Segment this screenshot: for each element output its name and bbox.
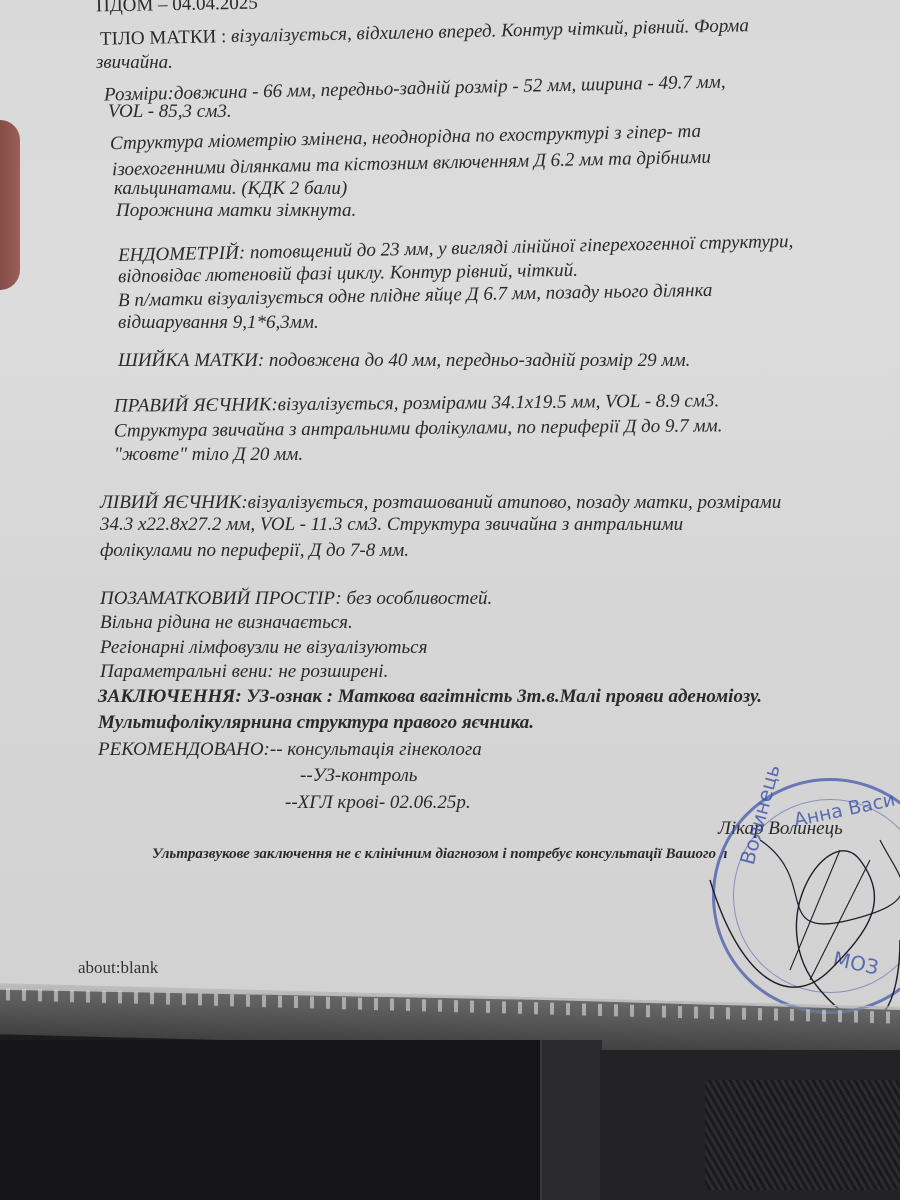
conclusion-line-2: Мультифолікулярнина структура правого яє… (98, 712, 534, 733)
uterus-body-line-4: VOL - 85,3 см3. (108, 101, 232, 122)
extrauterine-line-2: Вільна рідина не визначається. (100, 612, 353, 633)
uterus-body-line-2: звичайна. (96, 52, 173, 73)
seat-strap (540, 1040, 602, 1200)
cervix-line-1: ШИЙКА МАТКИ: подовжена до 40 мм, переднь… (118, 350, 690, 371)
extrauterine-line-3: Регіонарні лімфовузли не візуалізуються (100, 637, 427, 658)
endometrium-line-4: відшарування 9,1*6,3мм. (118, 312, 319, 333)
left-ovary-line-1: ЛІВИЙ ЯЄЧНИК:візуалізується, розташовани… (100, 492, 781, 513)
signature-scribble (700, 820, 900, 1010)
left-ovary-line-2: 34.3 x22.8x27.2 мм, VOL - 11.3 см3. Стру… (100, 514, 683, 535)
dark-fabric (0, 1040, 540, 1200)
recommended-line-3: --ХГЛ крові- 02.06.25р. (285, 792, 471, 813)
right-ovary-line-3: "жовте" тіло Д 20 мм. (114, 444, 303, 465)
left-ovary-line-3: фолікулами по периферії, Д до 7-8 мм. (100, 540, 409, 561)
recommended-line-2: --УЗ-контроль (300, 765, 417, 786)
recommended-line-1: РЕКОМЕНДОВАНО:-- консультація гінеколога (98, 739, 482, 760)
extrauterine-line-1: ПОЗАМАТКОВИЙ ПРОСТІР: без особливостей. (100, 588, 492, 609)
disclaimer: Ультразвукове заключення не є клінічним … (152, 844, 728, 865)
header-line: ПДОМ – 04.04.2025 (96, 0, 258, 16)
extrauterine-line-4: Параметральні вени: не розширені. (100, 661, 388, 682)
uterus-body-line-8: Порожнина матки зімкнута. (116, 200, 356, 221)
footer-url: about:blank (78, 957, 158, 978)
carbon-trim (705, 1080, 900, 1190)
conclusion-line-1: ЗАКЛЮЧЕННЯ: УЗ-ознак : Маткова вагітніст… (98, 686, 762, 707)
uterus-body-line-7: кальцинатами. (КДК 2 бали) (114, 178, 347, 199)
uterus-body-line-1: ТІЛО МАТКИ : візуалізується, відхилено в… (100, 15, 749, 50)
right-ovary-line-1: ПРАВИЙ ЯЄЧНИК:візуалізується, розмірами … (114, 390, 719, 416)
right-ovary-line-2: Структура звичайна з антральними фолікул… (114, 415, 723, 441)
